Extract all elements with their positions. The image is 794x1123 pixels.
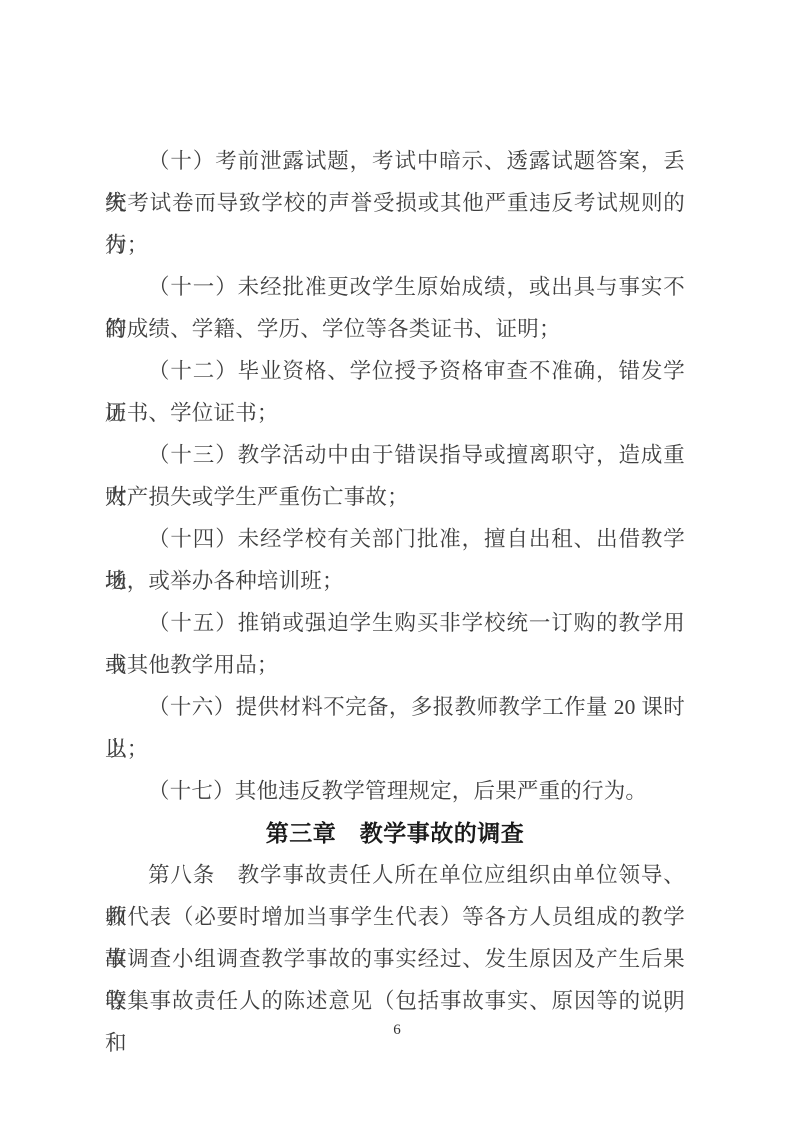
paragraph-line: 或其他教学用品； (105, 644, 685, 686)
clause-17: （十七）其他违反教学管理规定，后果严重的行为。 (105, 770, 685, 812)
article-8-paragraph: 第八条 教学事故责任人所在单位应组织由单位领导、教 师代表（必要时增加当事学生代… (105, 854, 685, 1022)
paragraph-line: 财产损失或学生严重伤亡事故； (105, 476, 685, 518)
paragraph-line: 师代表（必要时增加当事学生代表）等各方人员组成的教学事 (105, 896, 685, 938)
document-page: （十）考前泄露试题，考试中暗示、透露试题答案，丢失 统考试卷而导致学校的声誉受损… (0, 0, 794, 1123)
paragraph-line: 上； (105, 728, 685, 770)
clause-10: （十）考前泄露试题，考试中暗示、透露试题答案，丢失 统考试卷而导致学校的声誉受损… (105, 140, 685, 266)
clause-16: （十六）提供材料不完备，多报教师教学工作量 20 课时以 上； (105, 686, 685, 770)
paragraph-line: 地，或举办各种培训班； (105, 560, 685, 602)
paragraph-line: （十）考前泄露试题，考试中暗示、透露试题答案，丢失 (105, 140, 685, 182)
clause-13: （十三）教学活动中由于错误指导或擅离职守，造成重大 财产损失或学生严重伤亡事故； (105, 434, 685, 518)
clause-14: （十四）未经学校有关部门批准，擅自出租、出借教学场 地，或举办各种培训班； (105, 518, 685, 602)
clause-12: （十二）毕业资格、学位授予资格审查不准确，错发学历 证书、学位证书； (105, 350, 685, 434)
paragraph-line: 故调查小组调查教学事故的事实经过、发生原因及产生后果等， (105, 938, 685, 980)
clause-15: （十五）推销或强迫学生购买非学校统一订购的教学用书 或其他教学用品； (105, 602, 685, 686)
paragraph-line: 为； (105, 224, 685, 266)
paragraph-line: 第八条 教学事故责任人所在单位应组织由单位领导、教 (105, 854, 685, 896)
paragraph-line: （十三）教学活动中由于错误指导或擅离职守，造成重大 (105, 434, 685, 476)
page-number: 6 (0, 1018, 794, 1042)
chapter-heading: 第三章 教学事故的调查 (105, 812, 685, 854)
clause-11: （十一）未经批准更改学生原始成绩，或出具与事实不符 的成绩、学籍、学历、学位等各… (105, 266, 685, 350)
paragraph-line: 统考试卷而导致学校的声誉受损或其他严重违反考试规则的行 (105, 182, 685, 224)
paragraph-line: 收集事故责任人的陈述意见（包括事故事实、原因等的说明和 (105, 980, 685, 1022)
paragraph-line: （十七）其他违反教学管理规定，后果严重的行为。 (105, 770, 685, 812)
paragraph-line: （十二）毕业资格、学位授予资格审查不准确，错发学历 (105, 350, 685, 392)
document-body: （十）考前泄露试题，考试中暗示、透露试题答案，丢失 统考试卷而导致学校的声誉受损… (105, 140, 685, 1022)
paragraph-line: （十六）提供材料不完备，多报教师教学工作量 20 课时以 (105, 686, 685, 728)
paragraph-line: （十五）推销或强迫学生购买非学校统一订购的教学用书 (105, 602, 685, 644)
paragraph-line: （十一）未经批准更改学生原始成绩，或出具与事实不符 (105, 266, 685, 308)
paragraph-line: 证书、学位证书； (105, 392, 685, 434)
paragraph-line: 的成绩、学籍、学历、学位等各类证书、证明； (105, 308, 685, 350)
paragraph-line: （十四）未经学校有关部门批准，擅自出租、出借教学场 (105, 518, 685, 560)
